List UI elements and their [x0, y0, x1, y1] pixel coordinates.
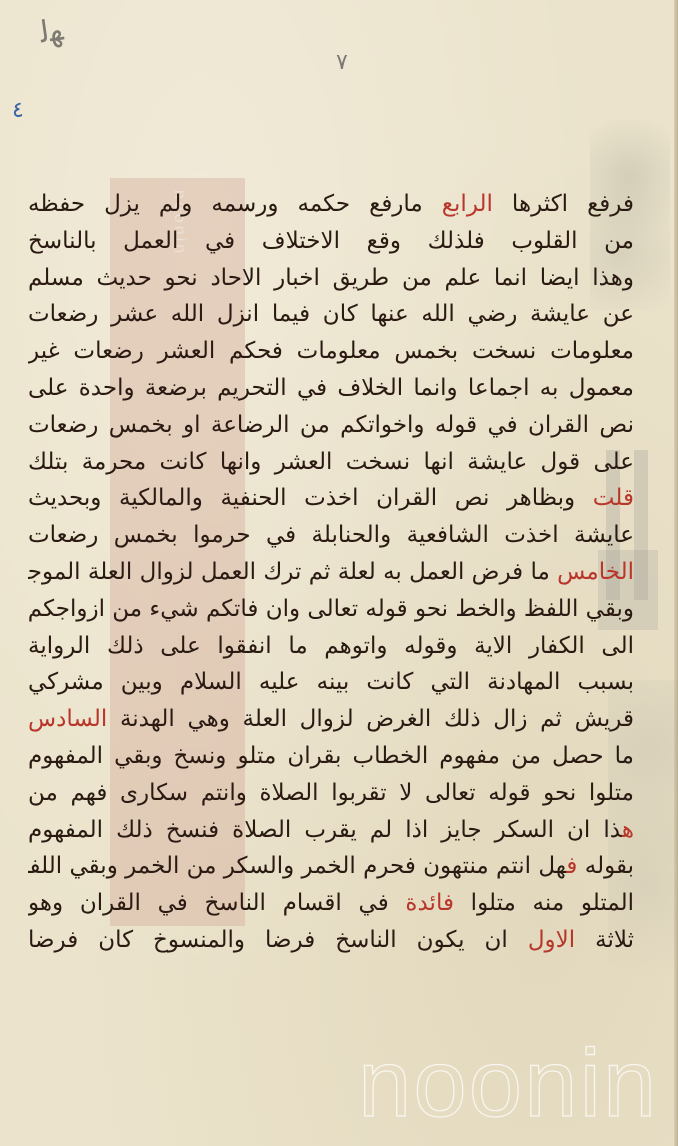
- text-line: معمول به اجماعا وانما الخلاف في التحريم …: [28, 370, 634, 407]
- pencil-folio-number: ٧: [336, 50, 348, 75]
- text-line: بقوله فهل انتم منتهون فحرم الخمر والسكر …: [28, 848, 634, 885]
- rubric-heading: الاول: [528, 927, 575, 953]
- manuscript-page: ﻬﻟ ٧ ٤ noonin فرفع اكثرها الرابع مارفع ح…: [0, 0, 678, 1146]
- rubric-heading: السادس: [28, 706, 107, 732]
- text-line: قريش ثم زال ذلك الغرض لزوال العلة وهي ال…: [28, 701, 634, 738]
- text-line: على قول عايشة انها نسخت العشر وانها كانت…: [28, 444, 634, 481]
- rubric-heading: الرابع: [442, 191, 493, 217]
- text-line: ثلاثة الاول ان يكون الناسخ فرضا والمنسوخ…: [28, 922, 634, 959]
- text-line: نص القران في قوله واخواتكم من الرضاعة او…: [28, 407, 634, 444]
- text-line: عايشة اخذت الشافعية والحنابلة في حرموا ب…: [28, 517, 634, 554]
- text-line: بسبب المهادنة التي كانت بينه عليه السلام…: [28, 664, 634, 701]
- manuscript-text: فرفع اكثرها الرابع مارفع حكمه ورسمه ولم …: [28, 186, 634, 959]
- noonin-watermark: noonin: [358, 1036, 658, 1132]
- pencil-folio-note: ﻬﻟ: [38, 13, 66, 51]
- rubric-heading: فائدة: [405, 890, 454, 916]
- rubric-heading: قلت: [593, 485, 634, 511]
- text-line: هذا ان السكر جايز اذا لم يقرب الصلاة فنس…: [28, 812, 634, 849]
- text-line: وبقي اللفظ والخط نحو قوله تعالى وان فاتك…: [28, 591, 634, 628]
- rubric-heading: الخامس: [557, 559, 634, 585]
- rubric-letter: ف: [566, 853, 577, 879]
- text-line: الى الكفار الاية وقوله واتوهم ما انفقوا …: [28, 628, 634, 665]
- text-line: ما حصل من مفهوم الخطاب بقران متلو ونسخ و…: [28, 738, 634, 775]
- rubric-letter: ه: [622, 817, 634, 843]
- text-line: المتلو منه متلوا فائدة في اقسام الناسخ ف…: [28, 885, 634, 922]
- blue-ink-mark: ٤: [12, 98, 24, 123]
- text-line: من القلوب فلذلك وقع الاختلاف في العمل با…: [28, 223, 634, 260]
- text-line: قلت وبظاهر نص القران اخذت الحنفية والمال…: [28, 480, 634, 517]
- text-line: معلومات نسخت بخمس معلومات فحكم العشر رضع…: [28, 333, 634, 370]
- text-line: فرفع اكثرها الرابع مارفع حكمه ورسمه ولم …: [28, 186, 634, 223]
- text-line: الخامس ما فرض العمل به لعلة ثم ترك العمل…: [28, 554, 634, 591]
- text-line: وهذا ايضا انما علم من طريق اخبار الاحاد …: [28, 260, 634, 297]
- text-line: عن عايشة رضي الله عنها كان فيما انزل الل…: [28, 296, 634, 333]
- text-line: متلوا نحو قوله تعالى لا تقربوا الصلاة وا…: [28, 775, 634, 812]
